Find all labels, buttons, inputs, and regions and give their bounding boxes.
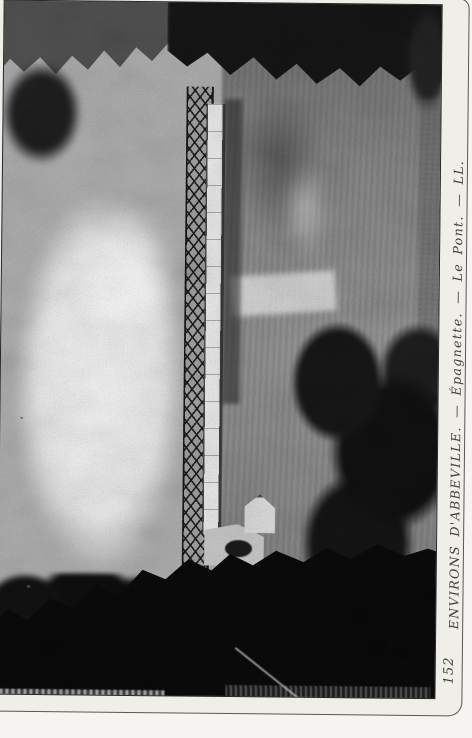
caption-title: ENVIRONS D'ABBEVILLE. — Épagnette. — Le … bbox=[446, 160, 466, 630]
postcard: 152 ENVIRONS D'ABBEVILLE. — Épagnette. —… bbox=[0, 0, 470, 716]
film-grain-overlay bbox=[0, 1, 442, 699]
scanner-background: 152 ENVIRONS D'ABBEVILLE. — Épagnette. —… bbox=[0, 0, 472, 738]
postcard-photo bbox=[0, 0, 443, 699]
caption-number: 152 bbox=[442, 656, 457, 684]
